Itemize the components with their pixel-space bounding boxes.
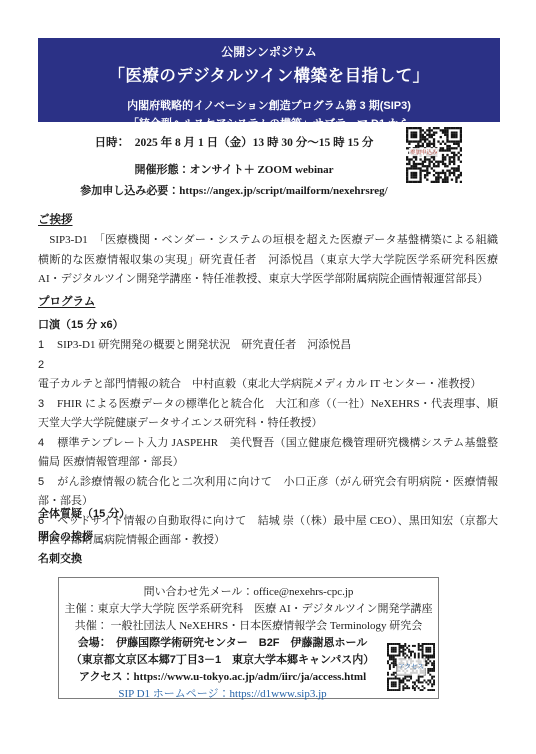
program-item-number: 2 (38, 356, 57, 376)
symposium-title: 「医療のデジタルツイン構築を目指して」 (38, 62, 500, 86)
program-item-text: SIP3-D1 研究開発の概要と開発状況 研究責任者 河添悦昌 (57, 339, 351, 351)
wrapup-section: 全体質疑（15 分） 閉会の挨拶 名刺交換 (38, 503, 498, 571)
card-exchange: 名刺交換 (38, 548, 498, 571)
registration-qr-label: 参加申込み (409, 148, 439, 156)
program-item: 1SIP3-D1 研究開発の概要と開発状況 研究責任者 河添悦昌 (38, 336, 498, 356)
access-qr-label: アクセス (397, 659, 425, 676)
program-subtitle-line1: 内閣府戦略的イノベーション創造プログラム第 3 期(SIP3) (38, 97, 500, 113)
event-info-lines: 日時： 2025 年 8 月 1 日（金）13 時 30 分～15 時 15 分… (38, 134, 430, 198)
venue-line: 会場： 伊藤国際学術研究センター B2F 伊藤謝恩ホール (59, 635, 438, 652)
access-qr-code: アクセス (387, 643, 435, 691)
registration-link[interactable]: 参加申し込み必要：https://angex.jp/script/mailfor… (38, 182, 430, 198)
program-format: 口演（15 分 x6） (38, 316, 498, 332)
program-heading: プログラム (38, 293, 498, 309)
program-item: 3FHIR による医療データの標準化と統合化 大江和彦（（一社）NeXEHRS・… (38, 395, 498, 434)
program-item: 2電子カルテと部門情報の統合 中村直毅（東北大学病院メディカル IT センター・… (38, 356, 498, 395)
program-item-text: FHIR による医療データの標準化と統合化 大江和彦（（一社）NeXEHRS・代… (38, 398, 498, 430)
host-line: 主催：東京大学大学院 医学系研究科 医療 AI・デジタルツイン開発学講座 (59, 601, 438, 618)
footer-info-box: 問い合わせ先メール：office@nexehrs-cpc.jp 主催：東京大学大… (58, 577, 439, 699)
program-item: 4標準テンプレート入力 JASPEHR 美代賢吾（国立健康危機管理研究機構システ… (38, 434, 498, 473)
contact-email[interactable]: 問い合わせ先メール：office@nexehrs-cpc.jp (59, 584, 438, 601)
program-item-text: 電子カルテと部門情報の統合 中村直毅（東北大学病院メディカル IT センター・准… (38, 378, 481, 390)
closing-remarks: 閉会の挨拶 (38, 526, 498, 549)
greeting-section: ご挨拶 SIP3-D1 「医療機関・ベンダー・システムの垣根を超えた医療データ基… (38, 211, 498, 290)
program-item-number: 1 (38, 336, 57, 356)
event-datetime: 日時： 2025 年 8 月 1 日（金）13 時 30 分～15 時 15 分 (38, 134, 430, 150)
access-link[interactable]: アクセス：https://www.u-tokyo.ac.jp/adm/iirc/… (59, 669, 438, 686)
qa-session: 全体質疑（15 分） (38, 503, 498, 526)
greeting-heading: ご挨拶 (38, 211, 498, 227)
event-format: 開催形態：オンサイト＋ ZOOM webinar (38, 161, 430, 177)
program-item-number: 3 (38, 395, 57, 415)
header-banner: 公開シンポジウム 「医療のデジタルツイン構築を目指して」 内閣府戦略的イノベーシ… (38, 38, 500, 122)
registration-qr-code: 参加申込み (406, 127, 462, 183)
greeting-body: SIP3-D1 「医療機関・ベンダー・システムの垣根を超えた医療データ基盤構築に… (38, 231, 498, 290)
program-item-number: 5 (38, 473, 57, 493)
program-item-number: 4 (38, 434, 57, 454)
symposium-eyebrow: 公開シンポジウム (38, 43, 500, 60)
cohost-line: 共催： 一般社団法人 NeXEHRS・日本医療情報学会 Terminology … (59, 618, 438, 635)
symposium-flyer: 公開シンポジウム 「医療のデジタルツイン構築を目指して」 内閣府戦略的イノベーシ… (0, 0, 536, 754)
venue-address: （東京都文京区本郷7丁目3－1 東京大学本郷キャンパス内） (59, 652, 438, 669)
program-item-text: 標準テンプレート入力 JASPEHR 美代賢吾（国立健康危機管理研究機構システム… (38, 437, 498, 469)
event-info: 日時： 2025 年 8 月 1 日（金）13 時 30 分～15 時 15 分… (38, 134, 500, 198)
homepage-link[interactable]: SIP D1 ホームページ：https://d1www.sip3.jp (59, 686, 438, 703)
